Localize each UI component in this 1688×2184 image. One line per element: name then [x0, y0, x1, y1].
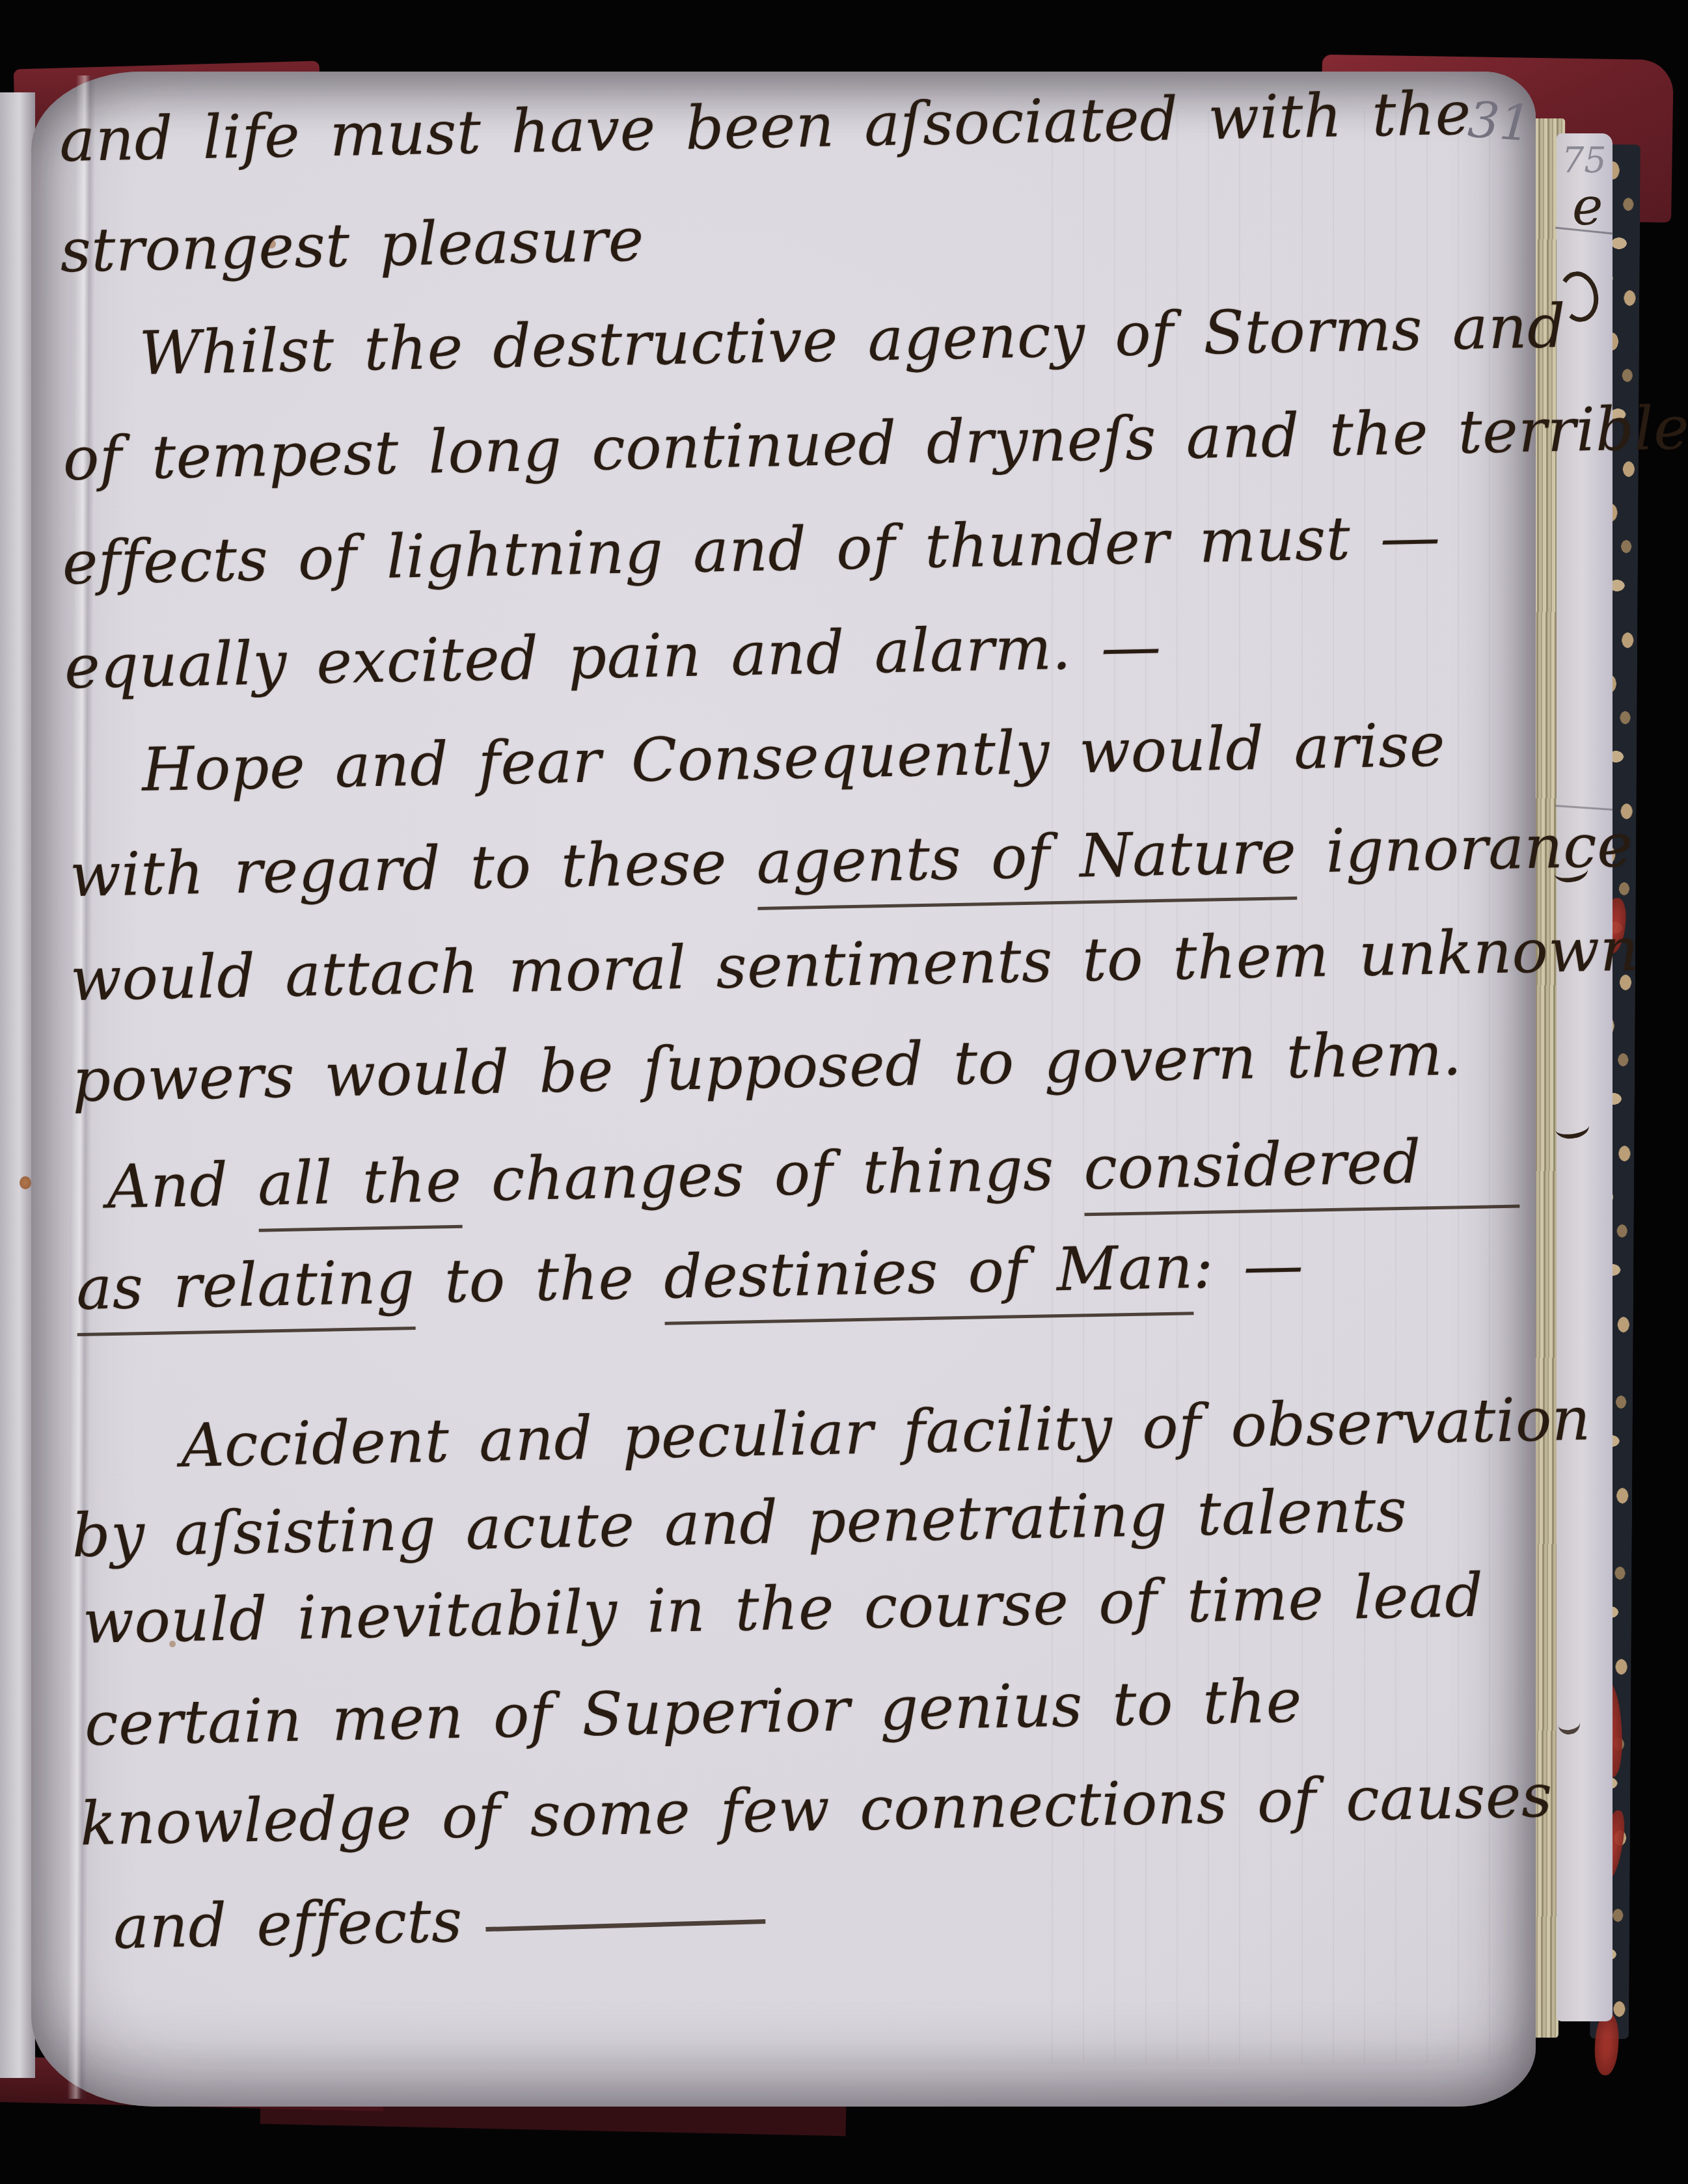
manuscript-line: Accident and peculiar facility of observ…	[180, 1389, 1591, 1476]
manuscript-line: Hope and fear Consequently would arise	[141, 716, 1445, 800]
line-text: equally excited pain and alarm. —	[64, 612, 1162, 702]
line-text: ignorance	[1296, 811, 1633, 887]
manuscript-line: equally excited pain and alarm. —	[64, 617, 1162, 697]
manuscript-line: effects of lightning and of thunder must…	[62, 507, 1441, 594]
manuscript-line: and effects	[113, 1885, 766, 1958]
manuscript-line: as relating to the destinies of Man: —	[76, 1235, 1304, 1319]
underlined-phrase: destinies of Man	[663, 1232, 1194, 1325]
manuscript-line: with regard to these agents of Nature ig…	[69, 816, 1633, 906]
handwritten-text: and life must have been aſsociated with …	[0, 0, 1688, 2184]
underlined-phrase: as relating	[75, 1247, 415, 1336]
line-text: would inevitabily in the course of time …	[82, 1561, 1484, 1657]
trailing-ink-rule	[485, 1911, 765, 1932]
manuscript-line: of tempest long continued dryneſs and th…	[62, 398, 1688, 489]
line-text: would attach moral sentiments to them un…	[70, 915, 1639, 1014]
line-text: changes of things	[461, 1133, 1084, 1215]
line-text: strongest pleasure	[60, 205, 645, 286]
manuscript-line: powers would be ſupposed to govern them.	[72, 1024, 1462, 1111]
manuscript-line: Whilst the destructive agency of Storms …	[139, 297, 1566, 384]
line-text: to the	[414, 1243, 664, 1317]
line-text: effects	[256, 1886, 463, 1960]
line-text: certain men of Superior genius to the	[84, 1666, 1302, 1759]
line-text: powers would be ſupposed to govern them.	[72, 1019, 1462, 1115]
underlined-phrase: agents of Nature	[756, 817, 1298, 910]
manuscript-line: and life must have been aſsociated with …	[59, 84, 1472, 171]
line-text: : —	[1192, 1230, 1304, 1302]
line-text: and life must have been aſsociated with …	[59, 79, 1471, 176]
line-text: by aſsisting acute and penetrating talen…	[72, 1476, 1408, 1571]
notebook-photograph: 75 e 31 and life must have been aſsociat…	[0, 0, 1688, 2184]
manuscript-line: strongest pleasure	[60, 210, 645, 281]
manuscript-line: certain men of Superior genius to the	[84, 1671, 1302, 1755]
line-text: effects of lightning and of thunder must…	[62, 502, 1441, 599]
manuscript-line: would inevitabily in the course of time …	[82, 1566, 1484, 1652]
manuscript-line: by aſsisting acute and penetrating talen…	[72, 1481, 1408, 1566]
manuscript-line: would attach moral sentiments to them un…	[70, 920, 1639, 1010]
line-text: of tempest long continued dryneſs and th…	[62, 393, 1688, 494]
underlined-phrase: all the	[257, 1146, 462, 1232]
line-text: Hope and fear Consequently would arise	[141, 710, 1446, 805]
line-text: Whilst the destructive agency of Storms …	[139, 291, 1566, 388]
manuscript-line: knowledge of some few connections of cau…	[79, 1766, 1553, 1854]
underlined-phrase: considered	[1083, 1126, 1519, 1217]
line-text: knowledge of some few connections of cau…	[79, 1761, 1553, 1859]
line-text: with regard to these	[69, 828, 757, 910]
manuscript-line: And all the changes of things considered	[107, 1131, 1519, 1218]
line-text: Accident and peculiar facility of observ…	[180, 1384, 1591, 1481]
line-text: and	[113, 1890, 257, 1962]
line-text: And	[106, 1150, 258, 1222]
